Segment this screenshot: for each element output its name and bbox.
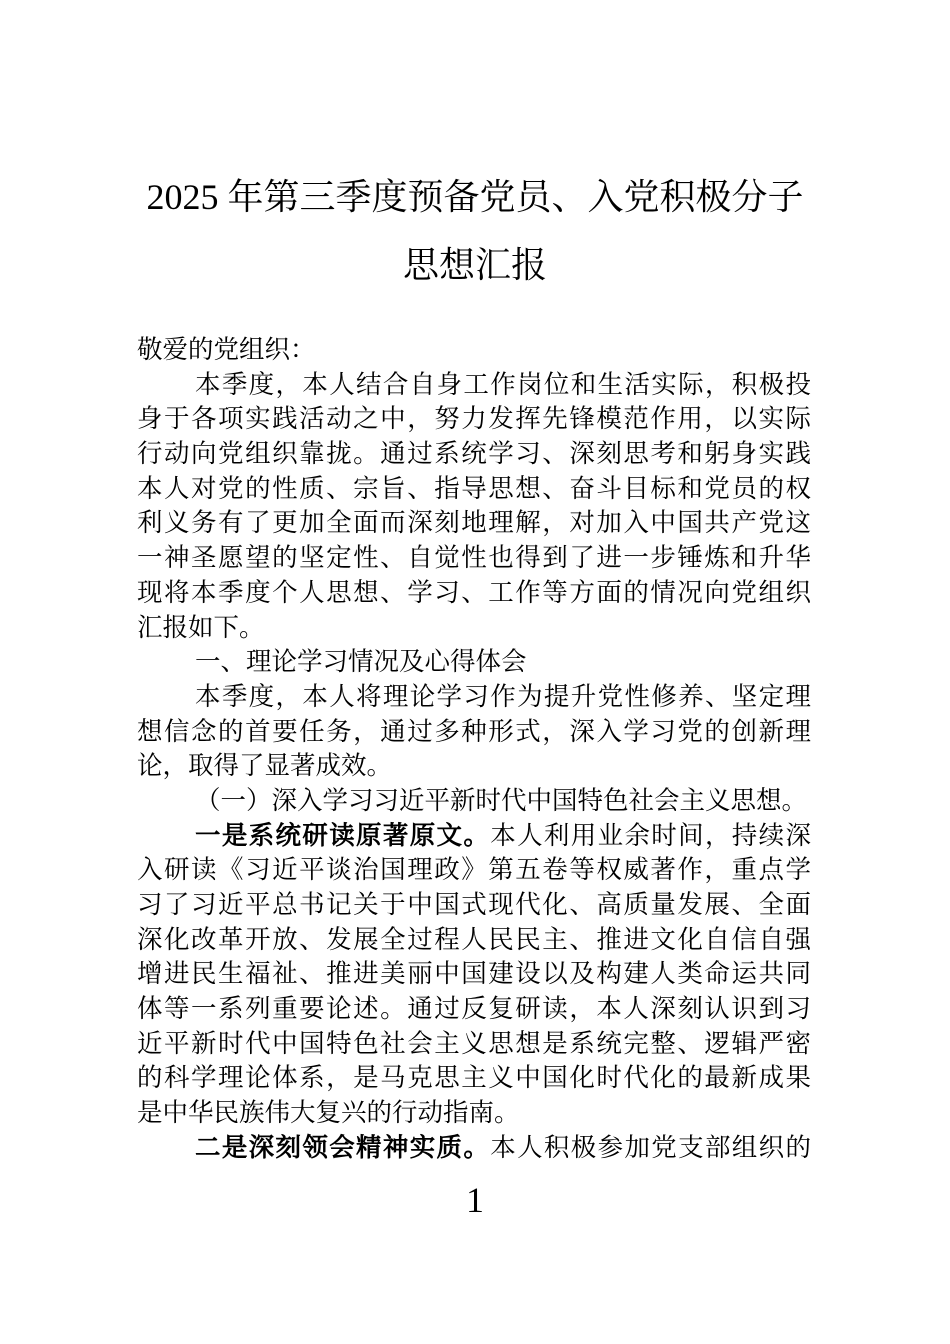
document-body: 敬爱的党组织：本季度，本人结合自身工作岗位和生活实际，积极投身于各项实践活动之中…	[137, 333, 811, 1166]
document-title: 2025 年第三季度预备党员、入党积极分子思想汇报	[0, 163, 950, 298]
body-run: 习了习近平总书记关于中国式现代化、高质量发展、全面	[137, 891, 811, 919]
body-line: 身于各项实践活动之中，努力发挥先锋模范作用，以实际	[137, 402, 811, 437]
body-run: 利义务有了更加全面而深刻地理解，对加入中国共产党这	[137, 509, 811, 537]
body-run: 本人对党的性质、宗旨、指导思想、奋斗目标和党员的权	[137, 475, 811, 503]
body-line: 利义务有了更加全面而深刻地理解，对加入中国共产党这	[137, 506, 811, 541]
body-line: 汇报如下。	[137, 611, 811, 646]
body-line: （一）深入学习习近平新时代中国特色社会主义思想。	[137, 784, 811, 819]
body-run: 近平新时代中国特色社会主义思想是系统完整、逻辑严密	[137, 1030, 811, 1058]
body-line: 一、理论学习情况及心得体会	[137, 645, 811, 680]
body-run-heading: 二是深刻领会精神实质。	[195, 1134, 490, 1162]
body-run: 本季度，本人将理论学习作为提升党性修养、坚定理	[195, 683, 811, 711]
body-line: 论，取得了显著成效。	[137, 749, 811, 784]
title-text: 2025	[146, 177, 227, 217]
body-run: 行动向党组织靠拢。通过系统学习、深刻思考和躬身实践	[137, 440, 811, 468]
body-line: 本季度，本人结合自身工作岗位和生活实际，积极投	[137, 368, 811, 403]
body-run: 想信念的首要任务，通过多种形式，深入学习党的创新理	[137, 718, 811, 746]
body-run: 论，取得了显著成效。	[137, 752, 392, 780]
body-run: 一、理论学习情况及心得体会	[195, 648, 527, 676]
body-line: 的科学理论体系，是马克思主义中国化时代化的最新成果	[137, 1061, 811, 1096]
body-line: 近平新时代中国特色社会主义思想是系统完整、逻辑严密	[137, 1027, 811, 1062]
body-line: 敬爱的党组织：	[137, 333, 811, 368]
body-run: 本人积极参加党支部组织的	[490, 1134, 811, 1162]
body-line: 一是系统研读原著原文。本人利用业余时间，持续深	[137, 819, 811, 854]
title-line: 思想汇报	[0, 231, 950, 298]
body-run: 一神圣愿望的坚定性、自觉性也得到了进一步锤炼和升华	[137, 544, 811, 572]
body-run: 深化改革开放、发展全过程人民民主、推进文化自信自强	[137, 926, 811, 954]
body-run: 体等一系列重要论述。通过反复研读，本人深刻认识到习	[137, 995, 811, 1023]
title-line: 2025 年第三季度预备党员、入党积极分子	[0, 163, 950, 231]
body-line: 想信念的首要任务，通过多种形式，深入学习党的创新理	[137, 715, 811, 750]
body-line: 是中华民族伟大复兴的行动指南。	[137, 1096, 811, 1131]
body-run: 本季度，本人结合自身工作岗位和生活实际，积极投	[195, 371, 811, 399]
body-run: 身于各项实践活动之中，努力发挥先锋模范作用，以实际	[137, 405, 811, 433]
body-line: 行动向党组织靠拢。通过系统学习、深刻思考和躬身实践	[137, 437, 811, 472]
body-line: 深化改革开放、发展全过程人民民主、推进文化自信自强	[137, 923, 811, 958]
body-run: 入研读《习近平谈治国理政》第五卷等权威著作，重点学	[137, 856, 811, 884]
body-run-heading: 一是系统研读原著原文。	[195, 822, 490, 850]
page-footer: 1	[0, 1182, 950, 1218]
body-line: 习了习近平总书记关于中国式现代化、高质量发展、全面	[137, 888, 811, 923]
body-run: 汇报如下。	[137, 614, 265, 642]
document-page: 2025 年第三季度预备党员、入党积极分子思想汇报 敬爱的党组织：本季度，本人结…	[0, 0, 950, 1344]
body-line: 增进民生福祉、推进美丽中国建设以及构建人类命运共同	[137, 957, 811, 992]
body-run: 是中华民族伟大复兴的行动指南。	[137, 1099, 520, 1127]
page-number: 1	[466, 1180, 484, 1220]
body-run: （一）深入学习习近平新时代中国特色社会主义思想。	[195, 787, 807, 815]
title-text: 年第三季度预备党员、入党积极分子	[227, 176, 803, 217]
body-line: 入研读《习近平谈治国理政》第五卷等权威著作，重点学	[137, 853, 811, 888]
body-run: 增进民生福祉、推进美丽中国建设以及构建人类命运共同	[137, 960, 811, 988]
title-text: 思想汇报	[403, 244, 547, 285]
body-line: 现将本季度个人思想、学习、工作等方面的情况向党组织	[137, 576, 811, 611]
body-line: 体等一系列重要论述。通过反复研读，本人深刻认识到习	[137, 992, 811, 1027]
body-run: 的科学理论体系，是马克思主义中国化时代化的最新成果	[137, 1064, 811, 1092]
body-line: 二是深刻领会精神实质。本人积极参加党支部组织的	[137, 1131, 811, 1166]
body-run: 现将本季度个人思想、学习、工作等方面的情况向党组织	[137, 579, 811, 607]
body-run: 本人利用业余时间，持续深	[490, 822, 811, 850]
body-line: 本人对党的性质、宗旨、指导思想、奋斗目标和党员的权	[137, 472, 811, 507]
body-line: 本季度，本人将理论学习作为提升党性修养、坚定理	[137, 680, 811, 715]
body-line: 一神圣愿望的坚定性、自觉性也得到了进一步锤炼和升华	[137, 541, 811, 576]
body-run: 敬爱的党组织：	[137, 336, 316, 364]
